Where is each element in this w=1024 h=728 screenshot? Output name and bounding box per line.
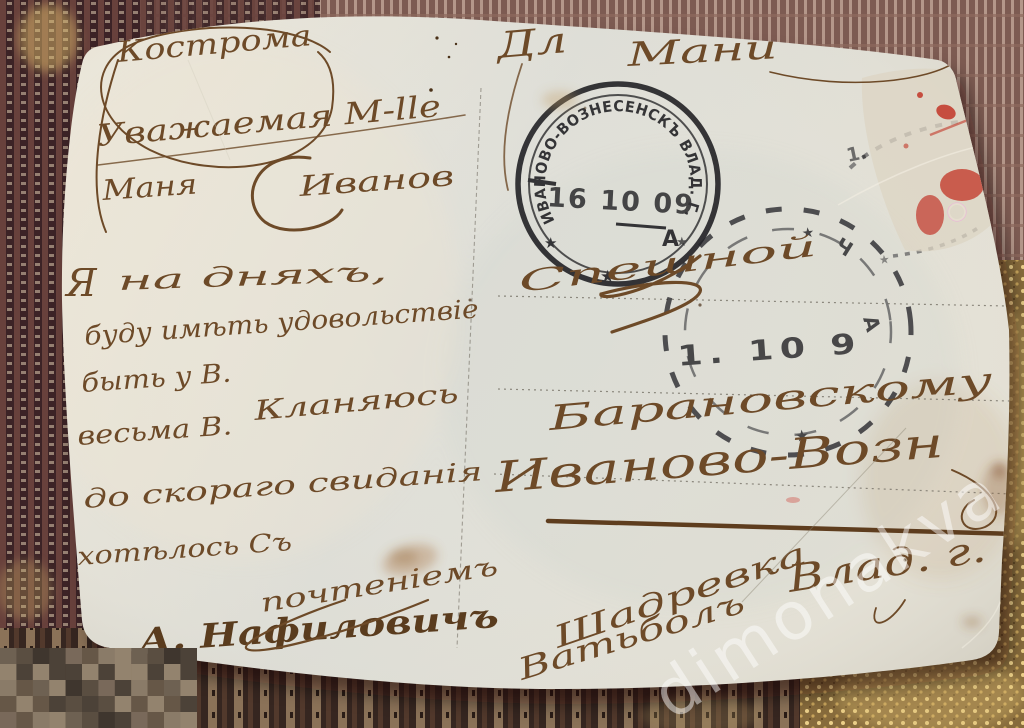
postmark-main-star-left: ★ <box>544 234 557 252</box>
postmark-arrival-star-right: ★ <box>878 252 890 267</box>
handwritten-pronoun: Я <box>64 261 98 305</box>
handwritten-name-first: Маня <box>100 167 198 207</box>
red-smudge <box>786 497 800 503</box>
photo-of-postcard: ИВАНОВО-ВОЗНЕСЕНСКЪ ВЛАД. Г. 16 10 09 А … <box>0 0 1024 728</box>
pixelated-censor-block <box>0 648 197 728</box>
handwritten-heading-first: Дл <box>493 20 569 67</box>
